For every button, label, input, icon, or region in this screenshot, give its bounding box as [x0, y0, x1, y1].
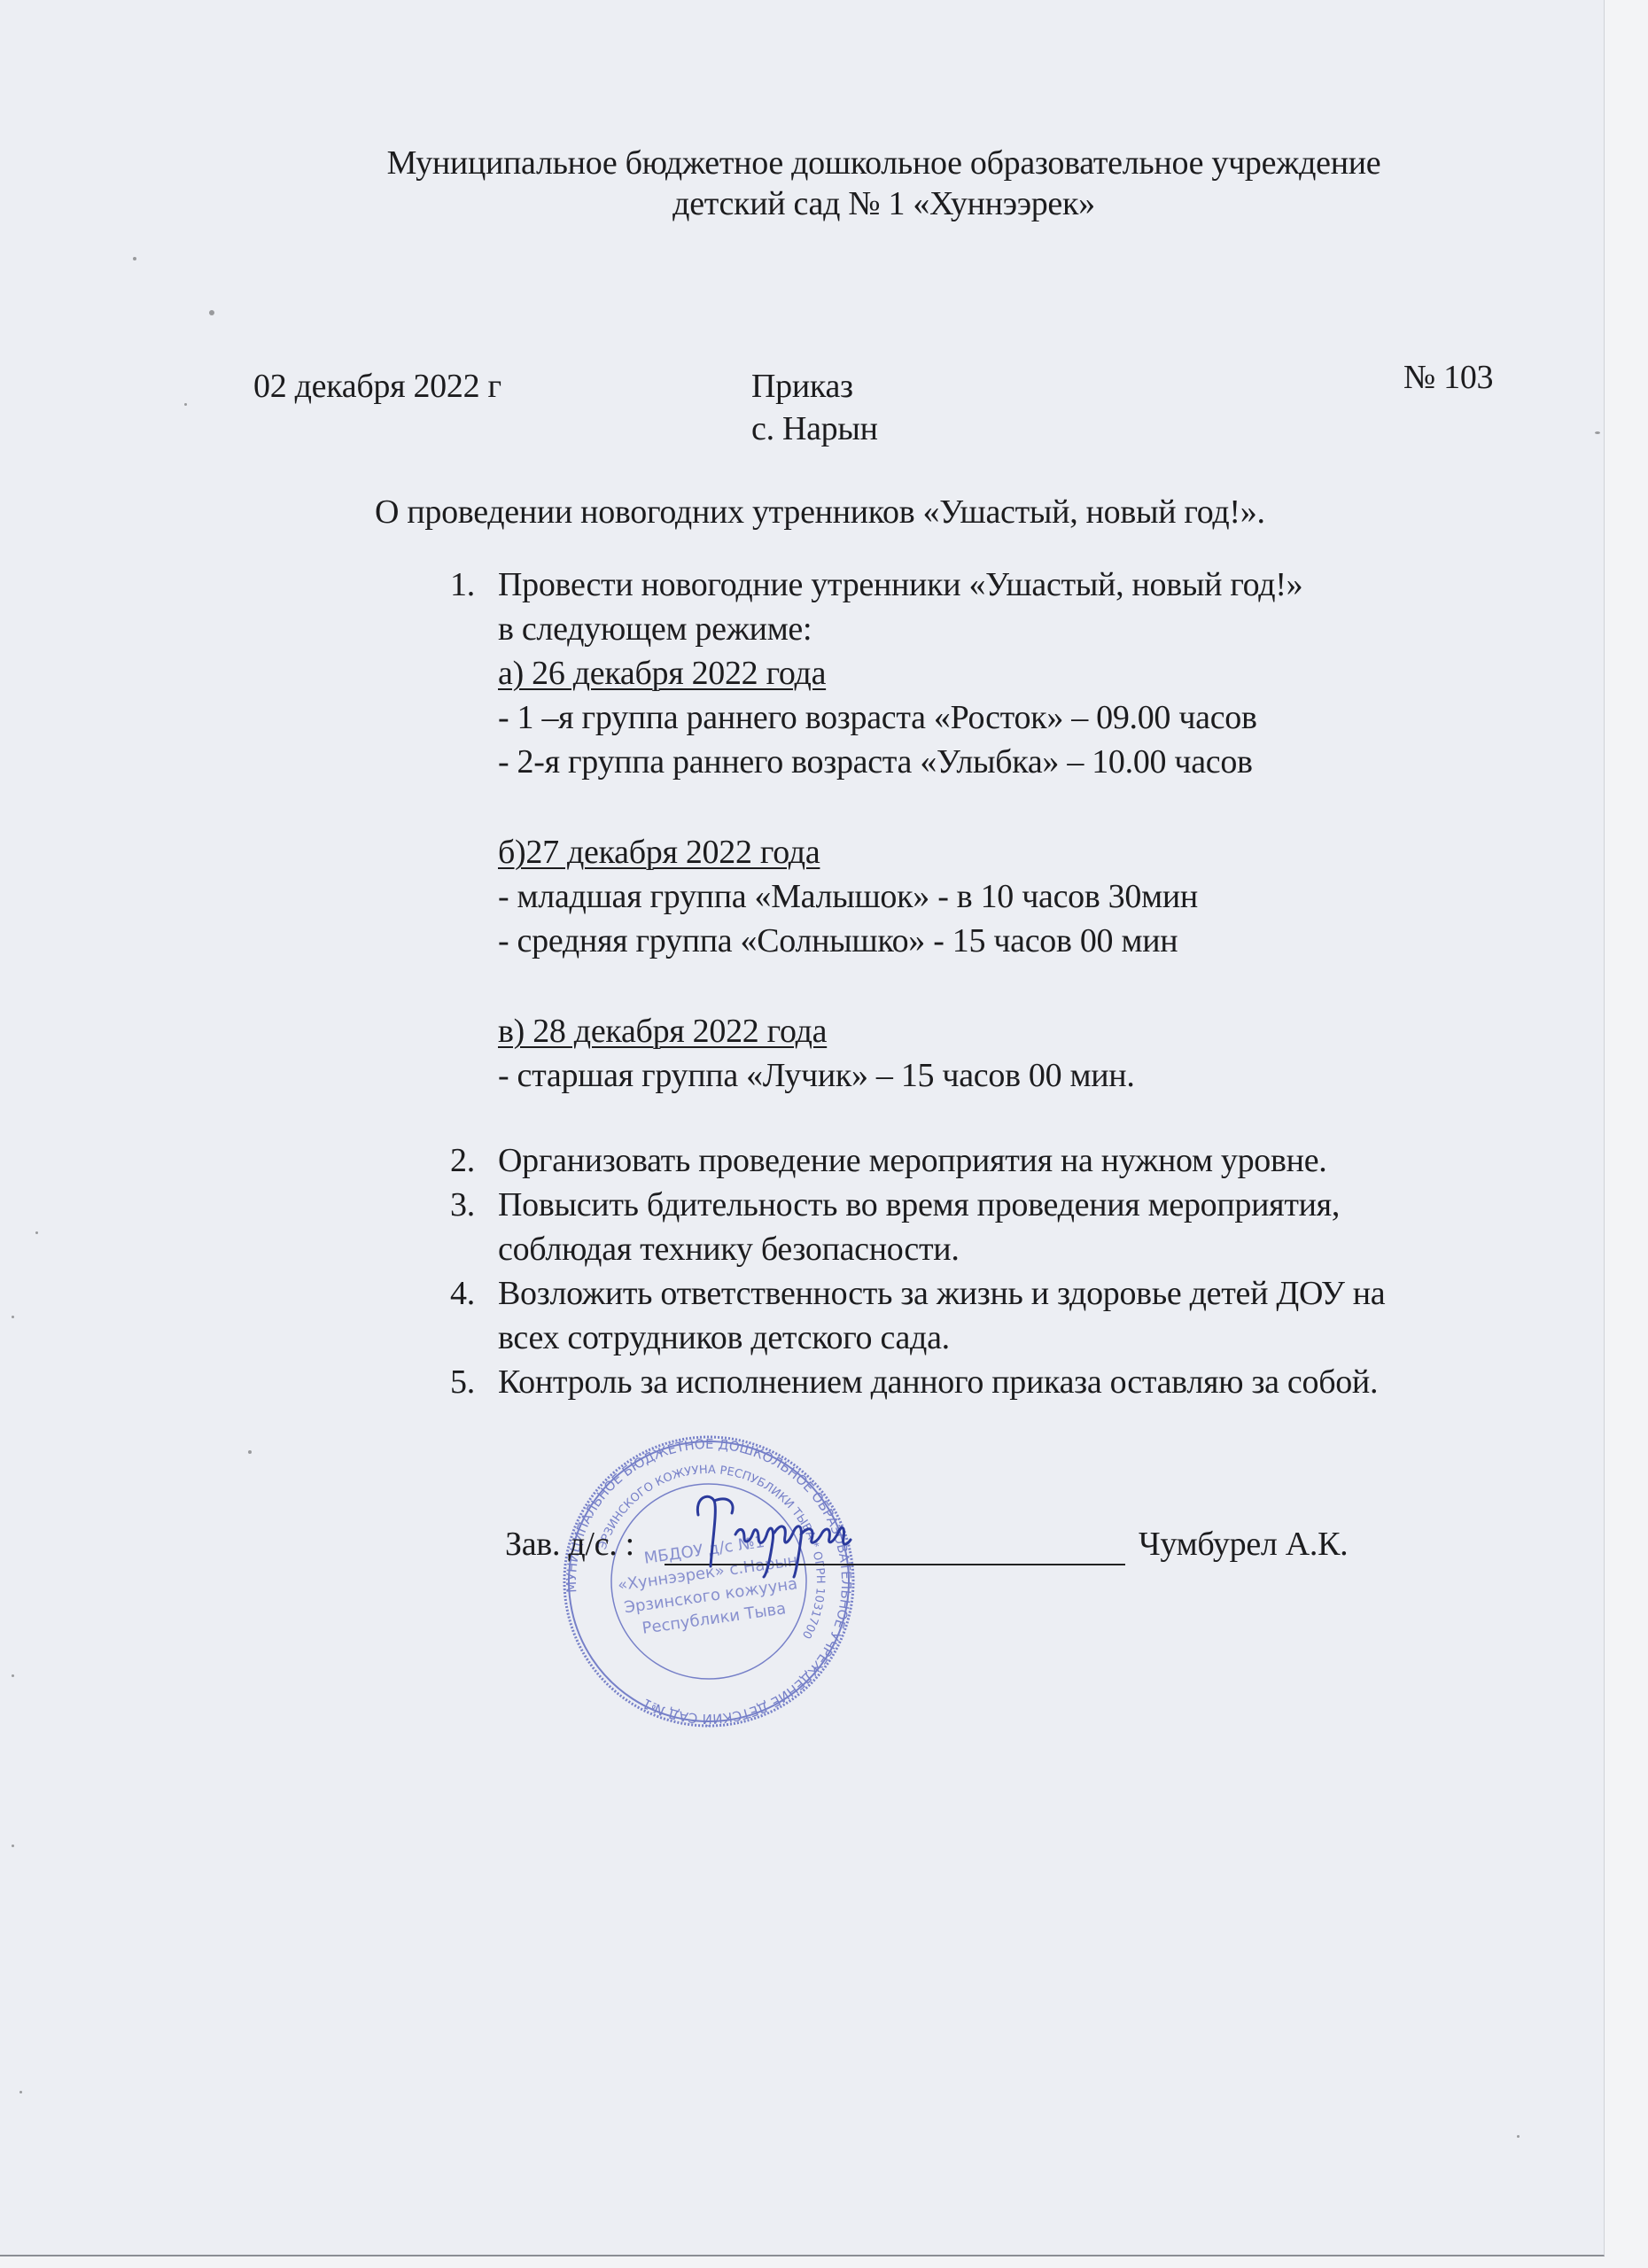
institution-subtitle: детский сад № 1 «Хуннээрек» — [0, 184, 1648, 223]
item-number: 4. — [450, 1274, 486, 1313]
item-text: в следующем режиме: — [498, 610, 812, 649]
order-place: с. Нарын — [751, 409, 878, 448]
scan-speck — [248, 1450, 252, 1454]
institution-name: Муниципальное бюджетное дошкольное образ… — [0, 144, 1648, 183]
scan-speck — [12, 1316, 14, 1318]
item-text: Контроль за исполнением данного приказа … — [498, 1363, 1378, 1402]
scan-speck — [209, 310, 214, 315]
schedule-day-c: в) 28 декабря 2022 года — [498, 1012, 827, 1051]
item-number: 5. — [450, 1363, 486, 1402]
item-number: 1. — [450, 565, 486, 604]
schedule-entry: - старшая группа «Лучик» – 15 часов 00 м… — [498, 1056, 1135, 1095]
signatory-name: Чумбурел А.К. — [1139, 1525, 1348, 1564]
handwritten-signature — [682, 1488, 868, 1586]
scan-speck — [12, 1674, 14, 1677]
order-date: 02 декабря 2022 г — [253, 367, 501, 406]
schedule-entry: - младшая группа «Малышок» - в 10 часов … — [498, 877, 1198, 916]
order-number: № 103 — [1403, 358, 1493, 397]
signature-label: Зав. д/с. : — [505, 1525, 634, 1564]
item-text: Провести новогодние утренники «Ушастый, … — [498, 565, 1302, 604]
item-text: Повысить бдительность во время проведени… — [498, 1185, 1340, 1224]
schedule-entry: - 1 –я группа раннего возраста «Росток» … — [498, 698, 1257, 737]
schedule-day-a: а) 26 декабря 2022 года — [498, 654, 826, 693]
item-text: соблюдая технику безопасности. — [498, 1230, 960, 1269]
scan-speck — [35, 1231, 38, 1234]
item-number: 2. — [450, 1141, 486, 1180]
scan-speck — [133, 257, 136, 260]
item-text: Организовать проведение мероприятия на н… — [498, 1141, 1326, 1180]
scan-speck — [1517, 2135, 1520, 2138]
schedule-entry: - 2-я группа раннего возраста «Улыбка» –… — [498, 742, 1253, 781]
scan-speck — [1595, 431, 1600, 434]
scan-speck — [19, 2091, 22, 2093]
scan-speck — [184, 403, 187, 406]
item-text: всех сотрудников детского сада. — [498, 1318, 950, 1357]
scan-speck — [12, 1845, 14, 1847]
item-number: 3. — [450, 1185, 486, 1224]
schedule-day-b: б)27 декабря 2022 года — [498, 833, 820, 872]
schedule-entry: - средняя группа «Солнышко» - 15 часов 0… — [498, 921, 1178, 960]
item-text: Возложить ответственность за жизнь и здо… — [498, 1274, 1385, 1313]
order-subject: О проведении новогодних утренников «Ушас… — [375, 493, 1265, 532]
document-type: Приказ — [751, 367, 853, 406]
scanned-page: Муниципальное бюджетное дошкольное образ… — [0, 0, 1605, 2256]
